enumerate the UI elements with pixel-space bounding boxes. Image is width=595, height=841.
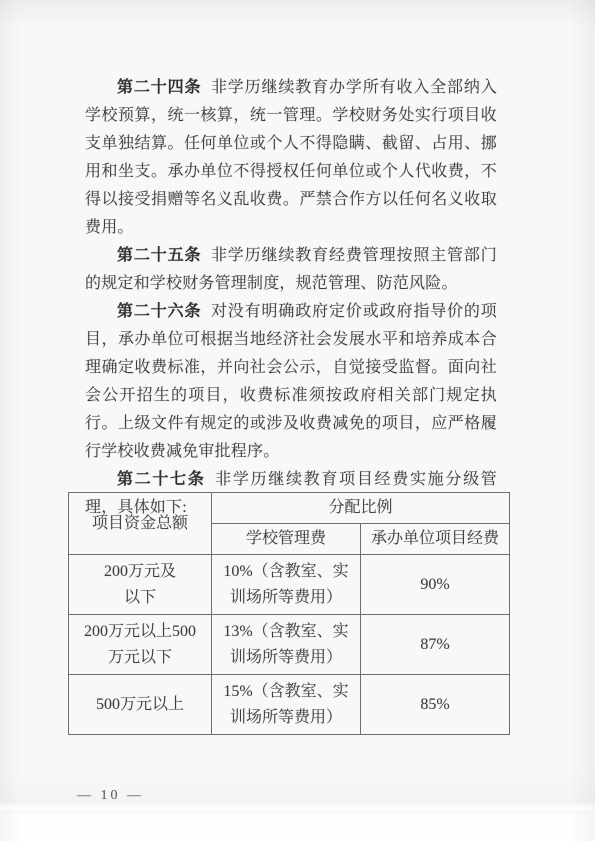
article-26-body: 对没有明确政府定价或政府指导价的项目，承办单位可根据当地经济社会发展水平和培养成… [85,303,497,460]
cell-school-fee: 13%（含教室、实 训场所等费用） [212,615,361,675]
cell-project-fund: 87% [361,615,510,675]
article-24-body: 非学历继续教育办学所有收入全部纳入学校预算，统一核算，统一管理。学校财务处实行项… [85,79,497,236]
document-page: 第二十四条非学历继续教育办学所有收入全部纳入学校预算，统一核算，统一管理。学校财… [0,0,595,841]
article-26: 第二十六条对没有明确政府定价或政府指导价的项目，承办单位可根据当地经济社会发展水… [85,298,497,466]
article-25-number: 第二十五条 [117,247,201,264]
cell-project-fund: 85% [361,675,510,735]
page-number: — 10 — [77,788,144,804]
article-25: 第二十五条非学历继续教育经费管理按照主管部门的规定和学校财务管理制度，规范管理、… [85,242,497,298]
table-row: 200万元以上500 万元以下 13%（含教室、实 训场所等费用） 87% [69,615,510,675]
cell-school-fee: 15%（含教室、实 训场所等费用） [212,675,361,735]
cell-project-fund: 90% [361,555,510,615]
text-block: 第二十四条非学历继续教育办学所有收入全部纳入学校预算，统一核算，统一管理。学校财… [85,74,497,522]
cell-school-fee: 10%（含教室、实 训场所等费用） [212,555,361,615]
header-distribution-ratio: 分配比例 [212,493,510,524]
table-header-row-1: 项目资金总额 分配比例 [69,493,510,524]
cell-amount: 500万元以上 [69,675,212,735]
header-school-management-fee: 学校管理费 [212,524,361,555]
article-24-number: 第二十四条 [117,79,201,96]
article-27-number: 第二十七条 [117,471,206,488]
table-row: 500万元以上 15%（含教室、实 训场所等费用） 85% [69,675,510,735]
article-24: 第二十四条非学历继续教育办学所有收入全部纳入学校预算，统一核算，统一管理。学校财… [85,74,497,242]
cell-amount: 200万元以上500 万元以下 [69,615,212,675]
article-26-number: 第二十六条 [117,303,201,320]
table-row: 200万元及 以下 10%（含教室、实 训场所等费用） 90% [69,555,510,615]
cell-amount: 200万元及 以下 [69,555,212,615]
fund-distribution-table: 项目资金总额 分配比例 学校管理费 承办单位项目经费 200万元及 以下 10%… [68,492,510,735]
header-project-fund-total: 项目资金总额 [69,493,212,555]
header-undertaking-unit-fund: 承办单位项目经费 [361,524,510,555]
